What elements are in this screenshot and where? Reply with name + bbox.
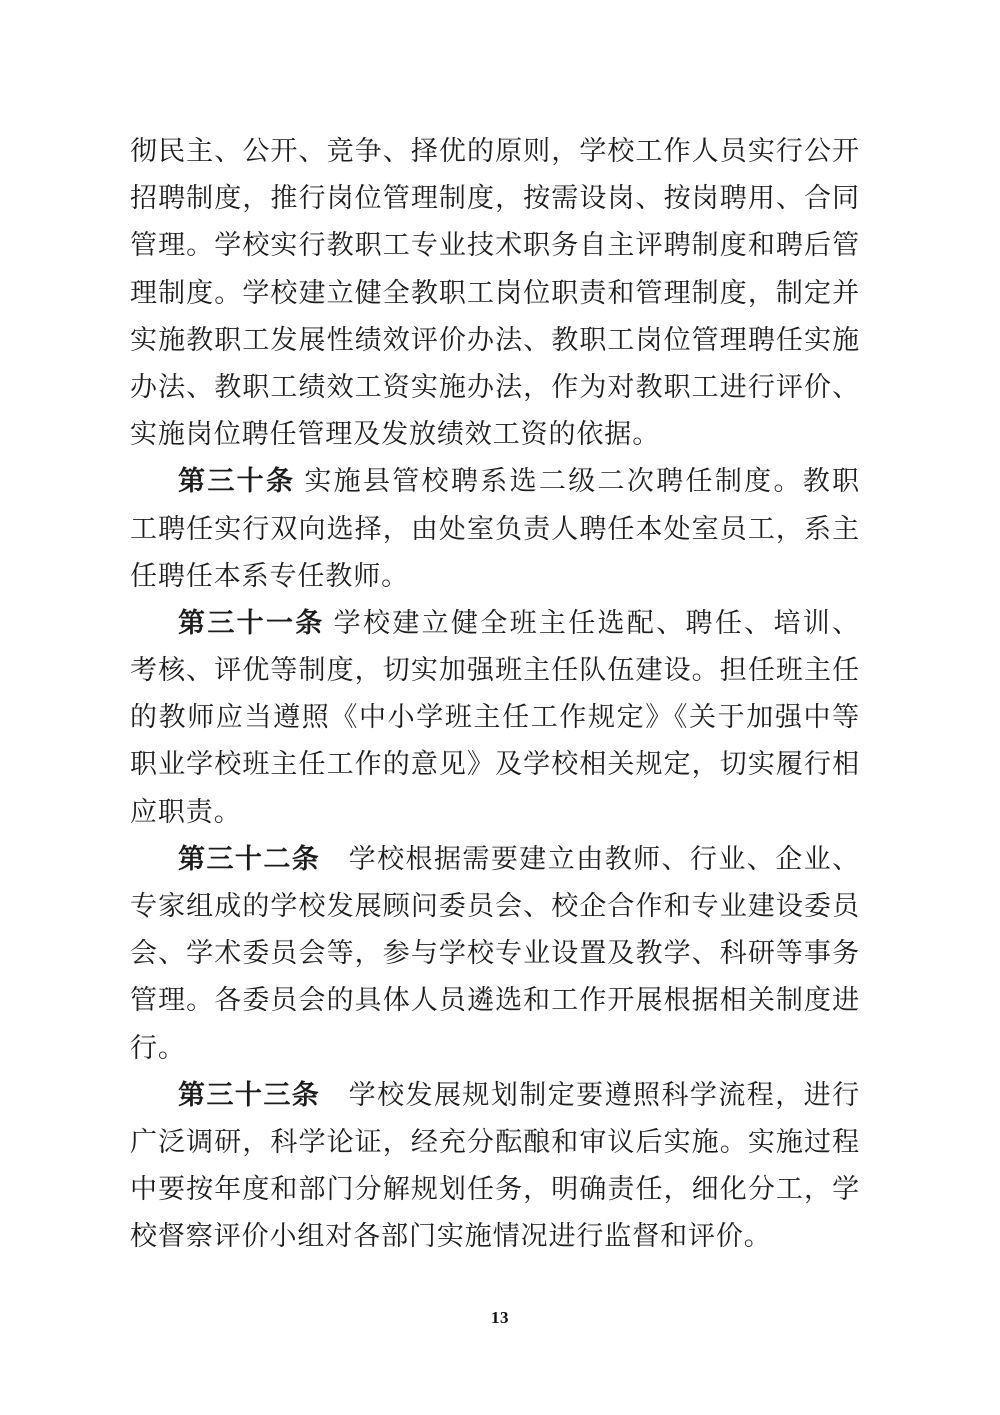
article-number: 第三十三条 [178,1080,320,1110]
text-line: 工聘任实行双向选择，由处室负责人聘任本处室员工，系主 [130,506,860,553]
text-line: 会、学术委员会等，参与学校专业设置及教学、科研等事务 [130,930,860,977]
text-line: 应职责。 [130,789,860,836]
text-line: 专家组成的学校发展顾问委员会、校企合作和专业建设委员 [130,883,860,930]
text-line: 招聘制度，推行岗位管理制度，按需设岗、按岗聘用、合同 [130,175,860,222]
document-page: 彻民主、公开、竞争、择优的原则，学校工作人员实行公开招聘制度，推行岗位管理制度，… [0,0,1000,1415]
article-line: 第三十二条 学校根据需要建立由教师、行业、企业、 [130,836,860,883]
article-line: 第三十条 实施县管校聘系选二级二次聘任制度。教职 [130,458,860,505]
article-number: 第三十一条 [178,608,325,638]
text-line: 任聘任本系专任教师。 [130,553,860,600]
text-line: 实施岗位聘任管理及发放绩效工资的依据。 [130,411,860,458]
page-number: 13 [0,1308,1000,1328]
text-line: 的教师应当遵照《中小学班主任工作规定》《关于加强中等 [130,694,860,741]
text-line: 考核、评优等制度，切实加强班主任队伍建设。担任班主任 [130,647,860,694]
article-line: 第三十一条 学校建立健全班主任选配、聘任、培训、 [130,600,860,647]
text-line: 管理。学校实行教职工专业技术职务自主评聘制度和聘后管 [130,222,860,269]
article-number: 第三十二条 [178,844,320,874]
text-line: 办法、教职工绩效工资实施办法，作为对教职工进行评价、 [130,364,860,411]
text-line: 职业学校班主任工作的意见》及学校相关规定，切实履行相 [130,741,860,788]
text-line: 理制度。学校建立健全教职工岗位职责和管理制度，制定并 [130,270,860,317]
text-line: 管理。各委员会的具体人员遴选和工作开展根据相关制度进 [130,977,860,1024]
document-body: 彻民主、公开、竞争、择优的原则，学校工作人员实行公开招聘制度，推行岗位管理制度，… [130,128,860,1261]
text-line: 彻民主、公开、竞争、择优的原则，学校工作人员实行公开 [130,128,860,175]
text-line: 行。 [130,1025,860,1072]
text-line: 校督察评价小组对各部门实施情况进行监督和评价。 [130,1213,860,1260]
text-line: 广泛调研，科学论证，经充分酝酿和审议后实施。实施过程 [130,1119,860,1166]
text-line: 中要按年度和部门分解规划任务，明确责任，细化分工，学 [130,1166,860,1213]
text-line: 实施教职工发展性绩效评价办法、教职工岗位管理聘任实施 [130,317,860,364]
article-line: 第三十三条 学校发展规划制定要遵照科学流程，进行 [130,1072,860,1119]
article-number: 第三十条 [178,466,295,496]
